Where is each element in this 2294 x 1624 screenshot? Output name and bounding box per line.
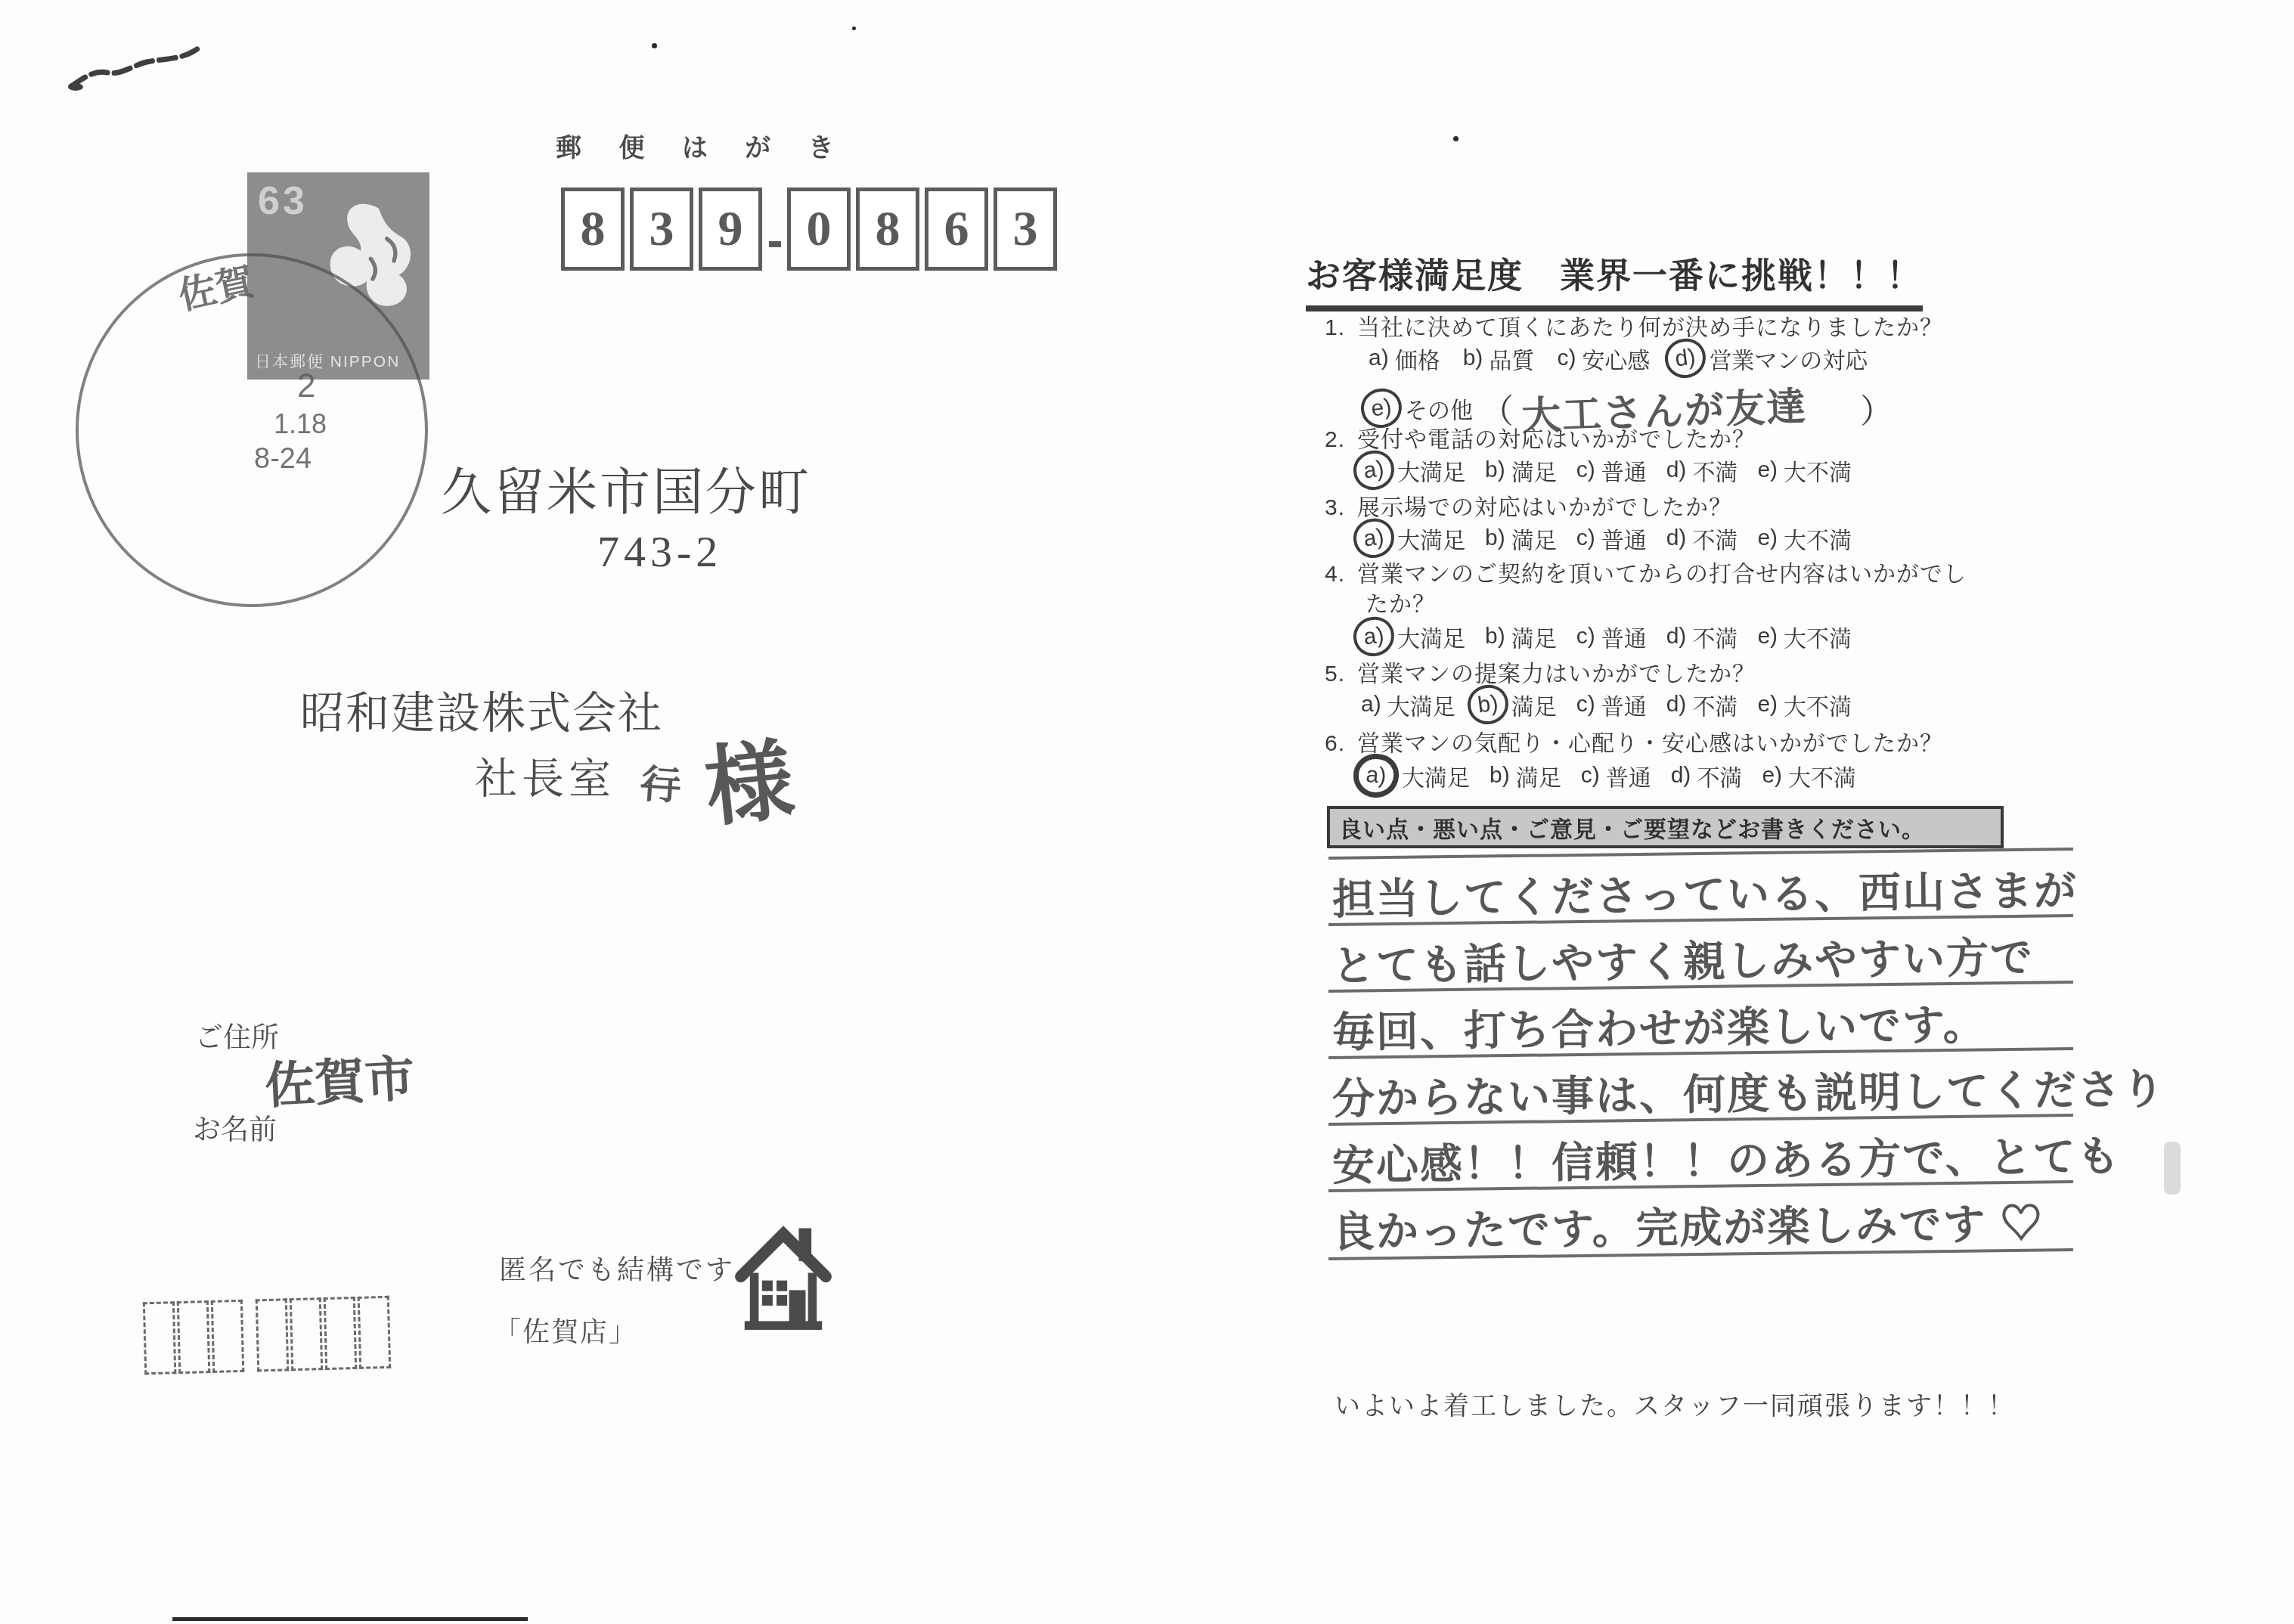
question-3: 3.展示場での対応はいかがでしたか？ — [1325, 488, 1732, 522]
dashed-cell — [290, 1297, 323, 1371]
question-5-options: a)大満足 b)満足 c)普通 d)不満 e)大不満 — [1361, 688, 1852, 721]
question-2-options: a)大満足 b)満足 c)普通 d)不満 e)大不満 — [1361, 454, 1852, 487]
option-b: b)品質 — [1463, 342, 1535, 375]
option-c: c)普通 — [1581, 759, 1651, 792]
question-6-options: a)大満足 b)満足 c)普通 d)不満 e)大不満 — [1361, 759, 1856, 792]
question-2: 2.受付や電話の対応はいかがでしたか？ — [1325, 420, 1756, 454]
question-text: 当社に決めて頂くにあたり何が決め手になりましたか？ — [1357, 315, 1943, 340]
scan-speck — [852, 26, 856, 30]
option-b: b)満足 — [1485, 454, 1557, 487]
question-4-line2: たか？ — [1366, 585, 1436, 618]
option-a-circled: a)大満足 — [1361, 522, 1465, 555]
postal-digit-box: 3 — [630, 188, 693, 271]
postal-digit-box: 3 — [994, 188, 1057, 271]
postal-digit-box: 9 — [699, 188, 762, 271]
option-a-circled: a)大満足 — [1361, 620, 1465, 653]
question-number: 1. — [1325, 315, 1345, 341]
dashed-cell — [143, 1301, 176, 1375]
comment-line-4: 分からない事は、何度も説明してくださり — [1332, 1056, 2166, 1127]
recipient-office: 社長室 — [475, 745, 615, 806]
scan-speck — [652, 43, 657, 48]
question-text: 受付や電話の対応はいかがでしたか？ — [1357, 427, 1756, 452]
dashed-cell — [211, 1300, 244, 1373]
question-text: 営業マンのご契約を頂いてからの打合せ内容はいかがでし — [1357, 562, 1967, 587]
postmark-circle — [76, 253, 428, 607]
question-1: 1.当社に決めて頂くにあたり何が決め手になりましたか？ — [1325, 308, 1943, 342]
handdrawn-circle: a) — [1352, 752, 1400, 799]
question-number: 2. — [1325, 427, 1345, 453]
option-d: d)不満 — [1666, 688, 1738, 721]
question-number: 4. — [1325, 562, 1345, 587]
comment-line-1: 担当してくださっている、西山さまが — [1332, 857, 2079, 927]
honorific-sama-handwritten: 様 — [699, 709, 799, 844]
handdrawn-circle: b) — [1465, 683, 1511, 727]
option-c: c)普通 — [1576, 620, 1647, 653]
option-c: c)安心感 — [1557, 342, 1650, 375]
option-c: c)普通 — [1576, 688, 1647, 721]
option-d: d)不満 — [1671, 759, 1743, 792]
option-e: e)大不満 — [1757, 522, 1852, 555]
question-text: 営業マンの気配り・心配り・安心感はいかがでしたか？ — [1357, 731, 1943, 756]
question-5: 5.営業マンの提案力はいかがでしたか？ — [1325, 655, 1756, 688]
option-d: d)不満 — [1666, 454, 1738, 487]
handdrawn-circle: a) — [1351, 615, 1397, 659]
dashed-cell — [177, 1300, 210, 1374]
option-d: d)不満 — [1666, 620, 1738, 653]
postal-digit-box: 0 — [787, 188, 851, 271]
printed-honorific-struck: 行 — [639, 752, 682, 810]
anonymity-note: 匿名でも結構です — [499, 1249, 735, 1288]
question-6: 6.営業マンの気配り・心配り・安心感はいかがでしたか？ — [1325, 724, 1943, 758]
dashed-cell — [358, 1296, 391, 1369]
option-b: b)満足 — [1485, 522, 1557, 555]
option-a-circled: a)大満足 — [1361, 454, 1465, 487]
question-number: 5. — [1325, 662, 1345, 687]
option-e-circled: e)その他 — [1369, 392, 1473, 425]
postal-digit-box: 6 — [925, 188, 988, 271]
question-number: 3. — [1325, 495, 1345, 521]
scan-speck — [1453, 136, 1459, 141]
sender-postal-code-boxes — [143, 1296, 393, 1375]
option-a: a)価格 — [1369, 342, 1440, 375]
question-1-options: a)価格 b)品質 c)安心感 d)営業マンの対応 — [1369, 342, 1868, 375]
option-d-circled: d)営業マンの対応 — [1672, 342, 1868, 375]
comment-line-5: 安心感！！信頼！！のある方で、とても — [1332, 1123, 2122, 1193]
comment-line-3: 毎回、打ち合わせが楽しいです。 — [1332, 991, 1987, 1060]
postal-code-hyphen — [769, 241, 781, 247]
handdrawn-circle: a) — [1351, 448, 1397, 492]
option-c: c)普通 — [1576, 454, 1647, 487]
comment-box-label: 良い点・悪い点・ご意見・ご要望などお書きください。 — [1339, 810, 1925, 844]
option-e: e)大不満 — [1757, 454, 1852, 487]
comment-box-header: 良い点・悪い点・ご意見・ご要望などお書きください。 — [1327, 806, 2004, 848]
dashed-cell — [256, 1298, 289, 1371]
sender-name-label: お名前 — [193, 1107, 277, 1148]
option-b-circled: b)満足 — [1475, 688, 1557, 721]
option-c: c)普通 — [1576, 522, 1647, 555]
question-number: 6. — [1325, 731, 1345, 757]
postal-digit-box: 8 — [561, 188, 625, 271]
comment-line-6: 良かったです。完成が楽しみです ♡ — [1332, 1191, 2044, 1260]
question-4: 4.営業マンのご契約を頂いてからの打合せ内容はいかがでし — [1325, 555, 1967, 588]
sender-address-handwritten: 佐賀市 — [263, 1038, 417, 1117]
comment-line-2: とても話しやすく親しみやすい方で — [1332, 925, 2035, 993]
handdrawn-circle: d) — [1663, 336, 1708, 380]
postmark-date-year: 2 — [297, 367, 315, 405]
ruled-line — [1328, 848, 2073, 860]
postal-code-boxes: 8 3 9 0 8 6 3 — [561, 188, 1062, 271]
option-e: e)大不満 — [1757, 620, 1852, 653]
option-a-circled: a)大満足 — [1361, 759, 1470, 792]
survey-title: お客様満足度 業界一番に挑戦！！！ — [1306, 248, 1923, 311]
option-a: a)大満足 — [1361, 688, 1455, 721]
postal-digit-box: 8 — [856, 188, 919, 271]
postcard-type-label: 郵 便 は が き — [556, 127, 849, 164]
pen-squiggle-mark — [68, 39, 219, 96]
scan-edge-line — [172, 1617, 528, 1621]
handdrawn-circle: a) — [1351, 516, 1397, 560]
option-e: e)大不満 — [1757, 688, 1852, 721]
postmark-date: 1.18 — [274, 408, 327, 440]
recipient-company: 昭和建設株式会社 — [300, 677, 663, 741]
question-text: 営業マンの提案力はいかがでしたか？ — [1357, 662, 1756, 686]
dashed-cell — [324, 1297, 357, 1370]
postmark-time: 8-24 — [254, 443, 312, 476]
recipient-address-line1: 久留米市国分町 — [441, 452, 811, 525]
option-e: e)大不満 — [1762, 759, 1856, 792]
paren-close: ） — [1860, 384, 1893, 432]
question-text: 展示場での対応はいかがでしたか？ — [1357, 495, 1732, 520]
question-text: たか？ — [1366, 592, 1436, 617]
house-icon — [735, 1223, 832, 1337]
closing-note: いよいよ着工しました。スタッフ一同頑張ります！！！ — [1335, 1385, 2015, 1422]
option-d: d)不満 — [1666, 522, 1738, 555]
scanned-postcard: 郵 便 は が き 8 3 9 0 8 6 3 63 日本郵便 NIPPON 佐… — [0, 0, 2294, 1624]
option-b: b)満足 — [1490, 759, 1561, 792]
recipient-address-line2: 743-2 — [597, 526, 722, 577]
store-name: 「佐賀店」 — [494, 1311, 637, 1350]
scan-smudge — [2164, 1142, 2181, 1195]
question-4-options: a)大満足 b)満足 c)普通 d)不満 e)大不満 — [1361, 620, 1852, 653]
option-b: b)満足 — [1485, 620, 1557, 653]
question-3-options: a)大満足 b)満足 c)普通 d)不満 e)大不満 — [1361, 522, 1852, 555]
